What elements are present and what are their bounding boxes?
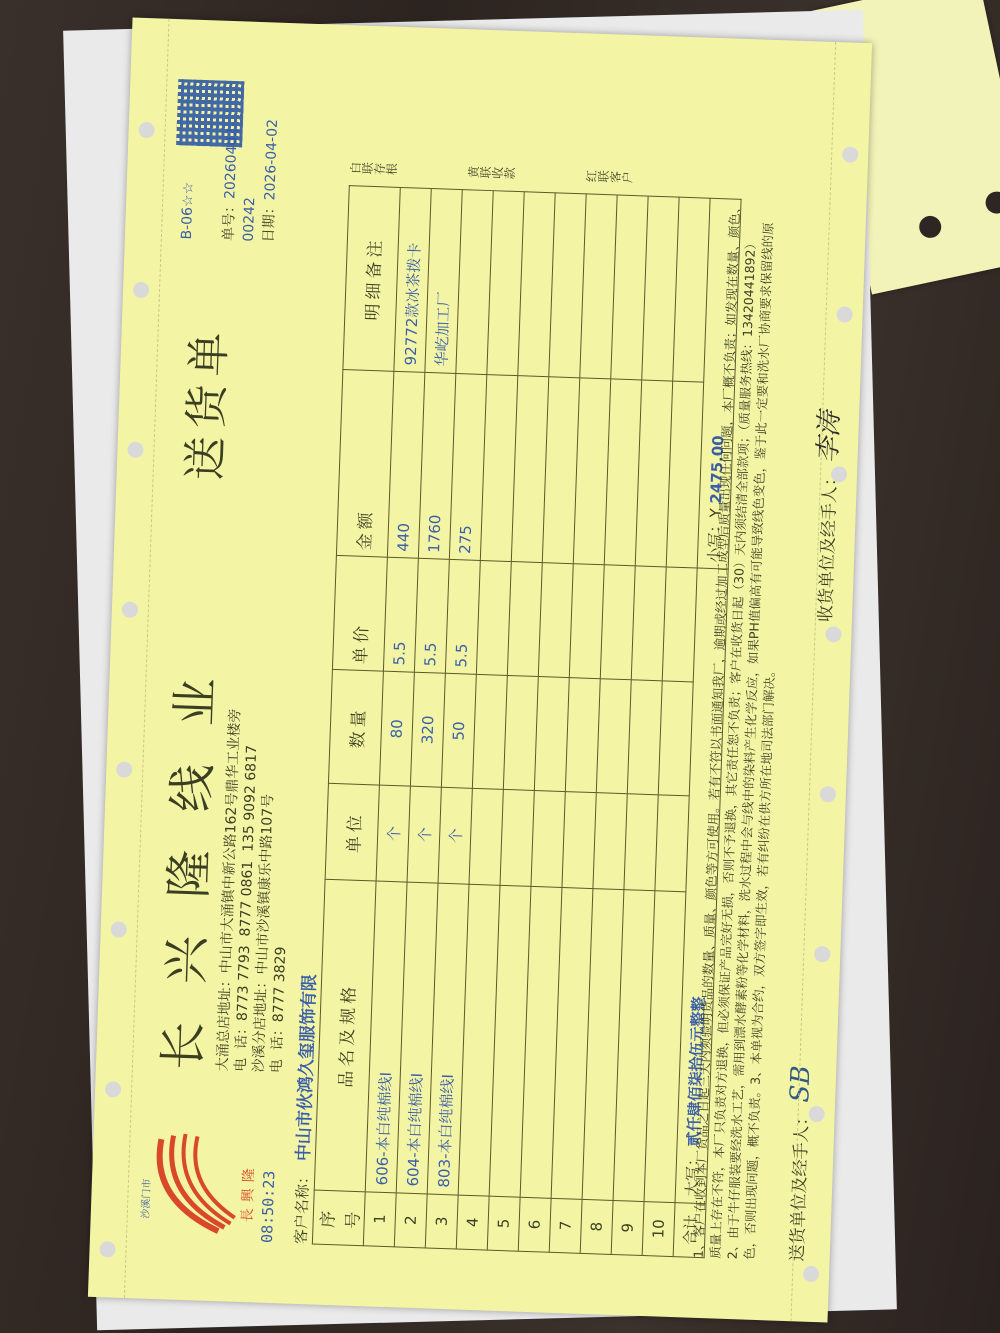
delivery-note-photo: 沙溪门市 長興隆 08:50:23 长兴隆线业 送货单 大涌总店地址：中山市大涌…: [100, 0, 860, 1333]
order-no-label: 单号：: [221, 199, 238, 242]
perforation-hole: [917, 214, 943, 240]
copy-labels: 白联存根 黄联收款 红联客户: [349, 151, 704, 187]
row-no: 9: [611, 1200, 644, 1256]
perforation-hole: [984, 190, 1000, 216]
row-no: 10: [642, 1201, 675, 1257]
col-header-price: 单价: [332, 556, 387, 671]
col-header-unit: 单位: [325, 784, 379, 881]
row-price: 5.5: [445, 560, 480, 675]
serial-code: B-06☆☆: [179, 182, 197, 240]
brand-name: 長興隆: [237, 1162, 259, 1223]
row-no: 6: [518, 1197, 551, 1253]
row-unit: 个: [407, 786, 441, 883]
delivery-note: 沙溪门市 長興隆 08:50:23 长兴隆线业 送货单 大涌总店地址：中山市大涌…: [88, 17, 872, 1322]
row-price: 5.5: [414, 559, 449, 674]
col-header-no: 序号: [312, 1190, 365, 1246]
company-logo: 沙溪门市 長興隆: [138, 1128, 252, 1242]
row-no: 1: [363, 1191, 396, 1247]
customer-label: 客户名称：: [292, 1169, 313, 1245]
row-qty: 50: [441, 673, 476, 788]
row-price: 5.5: [383, 558, 418, 673]
row-no: 3: [425, 1193, 458, 1249]
col-header-amount: 金额: [336, 370, 393, 558]
row-no: 2: [394, 1192, 427, 1248]
document-title: 送货单: [168, 323, 237, 481]
row-unit: 个: [376, 785, 410, 882]
date-label: 日期：: [261, 200, 278, 243]
row-no: 5: [487, 1196, 520, 1252]
row-no: 7: [549, 1198, 582, 1254]
wing-logo-icon: [138, 1128, 242, 1241]
copy-label-white: 白联存根: [349, 161, 397, 177]
row-qty: 80: [379, 671, 414, 786]
copy-label-red: 红联客户: [585, 169, 633, 185]
col-header-qty: 数量: [328, 669, 383, 785]
col-header-remark: 明细备注: [343, 186, 400, 372]
store-stamp: 沙溪门市: [137, 1178, 153, 1218]
items-table: 序号 品名及规格 单位 数量 单价 金额 明细备注 1606-本白纯棉线I个80…: [312, 185, 742, 1258]
order-date: 2026-04-02: [262, 119, 281, 201]
row-no: 4: [456, 1195, 489, 1251]
row-no: 8: [580, 1199, 613, 1255]
address-block: 大涌总店地址：中山市大涌镇中新公路162号鼎华工业楼旁电 话：8773 7793…: [214, 708, 299, 1073]
print-time: 08:50:23: [258, 1170, 279, 1243]
row-qty: 320: [410, 672, 445, 787]
qr-code: [176, 79, 244, 147]
copy-label-yellow: 黄联收款: [467, 165, 515, 181]
row-unit: 个: [438, 787, 472, 884]
